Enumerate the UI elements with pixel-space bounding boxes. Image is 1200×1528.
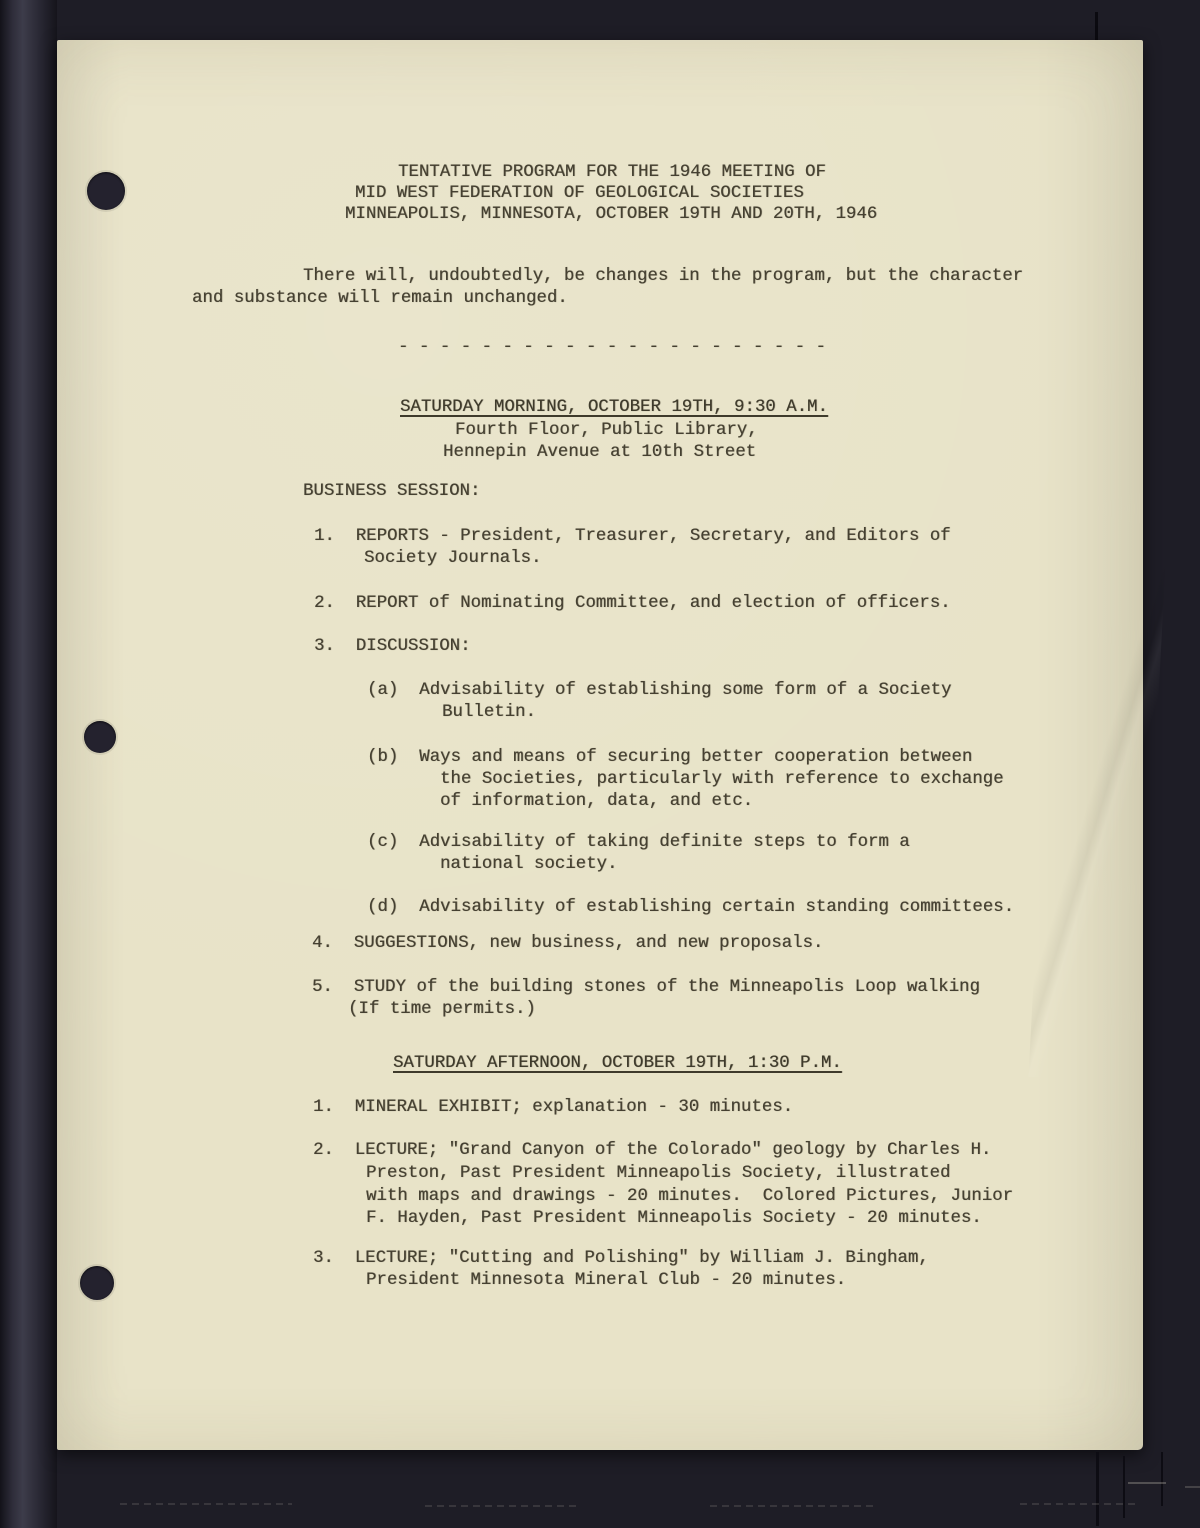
page-edge-mark <box>1185 1486 1200 1488</box>
text-bleed-mark <box>1020 1503 1138 1505</box>
document-line: (a) Advisability of establishing some fo… <box>367 680 951 702</box>
scanned-document-scene: TENTATIVE PROGRAM FOR THE 1946 MEETING O… <box>0 0 1200 1528</box>
text-bleed-mark <box>120 1503 292 1505</box>
document-line: Hennepin Avenue at 10th Street <box>443 442 756 464</box>
book-spine <box>0 0 57 1528</box>
document-paper: TENTATIVE PROGRAM FOR THE 1946 MEETING O… <box>57 40 1143 1450</box>
document-line: Fourth Floor, Public Library, <box>455 420 758 442</box>
document-line: (d) Advisability of establishing certain… <box>367 897 1014 919</box>
hole-punch-icon <box>84 721 116 753</box>
document-line: (c) Advisability of taking definite step… <box>367 832 910 854</box>
page-edge-line <box>1161 1452 1163 1506</box>
document-line: TENTATIVE PROGRAM FOR THE 1946 MEETING O… <box>398 162 826 184</box>
hole-punch-icon <box>80 1266 114 1300</box>
document-line: 2. REPORT of Nominating Committee, and e… <box>314 593 951 615</box>
document-line: - - - - - - - - - - - - - - - - - - - - … <box>398 337 826 359</box>
document-line: Society Journals. <box>364 548 541 570</box>
document-line: 4. SUGGESTIONS, new business, and new pr… <box>312 933 823 955</box>
text-bleed-mark <box>425 1505 577 1507</box>
document-line: President Minnesota Mineral Club - 20 mi… <box>366 1270 846 1292</box>
page-edge-line <box>1123 1456 1125 1518</box>
document-line: the Societies, particularly with referen… <box>440 769 1004 791</box>
document-line: with maps and drawings - 20 minutes. Col… <box>366 1186 1013 1208</box>
document-line: SATURDAY AFTERNOON, OCTOBER 19TH, 1:30 P… <box>393 1053 842 1075</box>
paper-crease <box>1028 557 1165 1082</box>
document-line: of information, data, and etc. <box>440 791 753 813</box>
document-line: SATURDAY MORNING, OCTOBER 19TH, 9:30 A.M… <box>400 397 828 419</box>
document-line: national society. <box>440 854 617 876</box>
page-edge-line <box>1096 1452 1099 1526</box>
document-line: and substance will remain unchanged. <box>192 288 568 310</box>
document-line: F. Hayden, Past President Minneapolis So… <box>366 1208 982 1230</box>
document-line: 3. DISCUSSION: <box>314 636 471 658</box>
document-line: MINNEAPOLIS, MINNESOTA, OCTOBER 19TH AND… <box>345 204 877 226</box>
document-line: BUSINESS SESSION: <box>303 481 480 503</box>
document-line: There will, undoubtedly, be changes in t… <box>303 266 1023 288</box>
document-line: 5. STUDY of the building stones of the M… <box>312 977 980 999</box>
document-line: MID WEST FEDERATION OF GEOLOGICAL SOCIET… <box>355 183 804 205</box>
document-line: (If time permits.) <box>348 999 536 1021</box>
hole-punch-icon <box>87 172 125 210</box>
document-line: 1. MINERAL EXHIBIT; explanation - 30 min… <box>313 1097 793 1119</box>
text-bleed-mark <box>710 1505 876 1507</box>
document-line: 1. REPORTS - President, Treasurer, Secre… <box>314 526 951 548</box>
document-line: Preston, Past President Minneapolis Soci… <box>366 1163 950 1185</box>
document-line: 2. LECTURE; "Grand Canyon of the Colorad… <box>313 1140 991 1162</box>
page-edge-mark <box>1128 1482 1166 1484</box>
document-line: 3. LECTURE; "Cutting and Polishing" by W… <box>313 1248 929 1270</box>
document-line: Bulletin. <box>442 702 536 724</box>
document-line: (b) Ways and means of securing better co… <box>367 747 972 769</box>
